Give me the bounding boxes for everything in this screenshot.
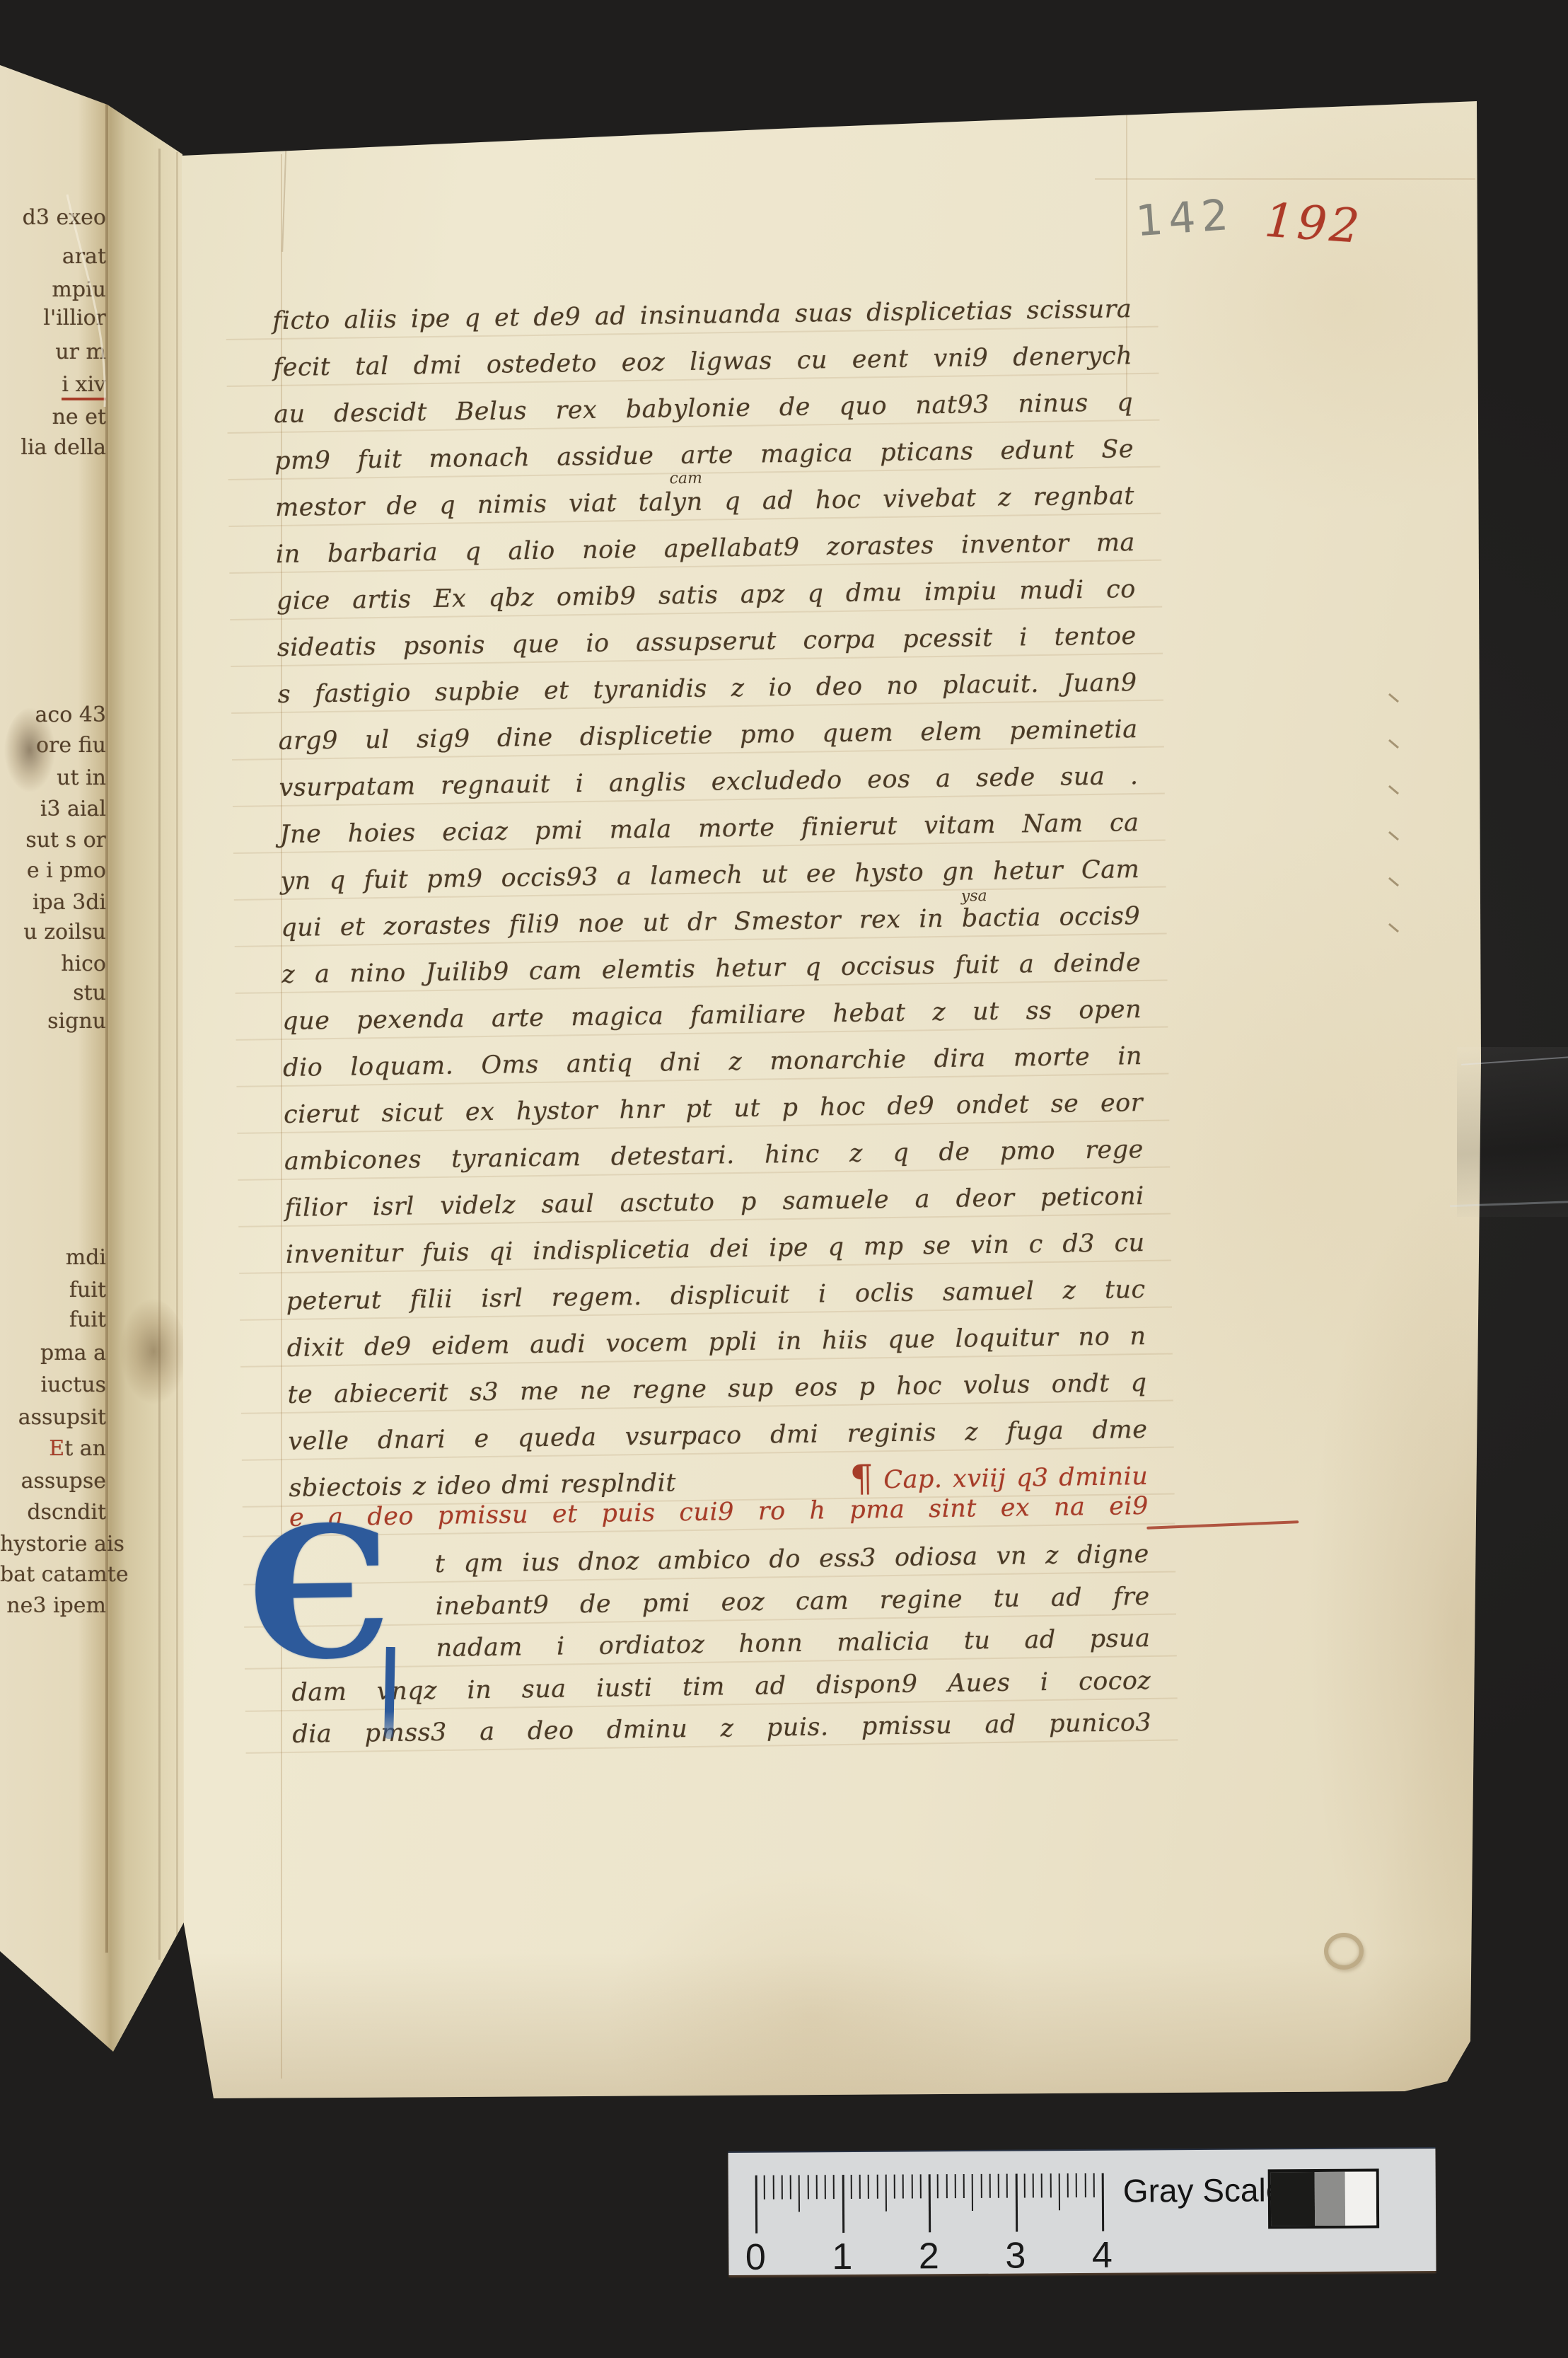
grayscale-label: Gray Scale	[1123, 2171, 1284, 2209]
manuscript-text-line: in barbaria q alio noie apellabat9 zoras…	[276, 526, 1136, 574]
ruler-number: 4	[1092, 2234, 1113, 2277]
text-block: ficto aliis ipe q et de9 ad insinuanda s…	[0, 0, 1553, 4]
margin-fragment: ur m	[0, 340, 106, 364]
manuscript-text-line: s fastigio supbie et tyranidis z io deo …	[277, 666, 1137, 715]
manuscript-text-line: t qm ius dnoz ambico do ess3 odiosa vn z…	[435, 1537, 1150, 1584]
ruler-tick	[946, 2174, 947, 2198]
grayscale-patches	[1268, 2168, 1380, 2229]
ruler-tick	[1041, 2173, 1043, 2197]
ruler-tick	[859, 2175, 861, 2199]
manuscript-text-line: dixit de9 eidem audi vocem ppli in hiis …	[286, 1319, 1146, 1368]
ruler-tick	[842, 2175, 844, 2233]
ruler-number: 3	[1005, 2234, 1026, 2277]
gutter-crease	[158, 149, 161, 1960]
manuscript-text-line: que pexenda arte magica familiare hebat …	[282, 993, 1142, 1041]
manuscript-text-line: nadam i ordiatoz honn malicia tu ad psua	[436, 1622, 1151, 1668]
ruler-tick	[1058, 2173, 1059, 2210]
margin-fragment: ipa 3di	[0, 890, 106, 915]
ruler-number: 1	[832, 2236, 852, 2278]
ruler-tick	[894, 2175, 895, 2199]
ruler-number: 0	[745, 2236, 766, 2279]
ruler-tick	[815, 2175, 817, 2199]
ruler-tick	[755, 2175, 758, 2233]
manuscript-text-line: dam vnqz in sua iusti tim ad dispon9 Aue…	[291, 1663, 1151, 1712]
margin-fragment: d3 exeo	[0, 205, 106, 230]
margin-fragment: ne3 ipem	[0, 1593, 106, 1618]
manuscript-text-line: arg9 ul sig9 dine displicetie pmo quem e…	[278, 712, 1138, 761]
ruler-tick	[1033, 2173, 1034, 2197]
gutter-crease	[176, 152, 178, 1970]
manuscript-text-line: yn q fuit pm9 occis93 a lamech ut ee hys…	[280, 853, 1140, 901]
ruler-tick	[833, 2175, 835, 2199]
ruler-tick	[998, 2174, 999, 2198]
ruler-tick	[850, 2175, 852, 2199]
margin-fragment: bat catamte	[0, 1562, 106, 1587]
page-weight-strip	[1457, 1047, 1568, 1217]
patch-gray	[1315, 2172, 1345, 2226]
margin-fragment: Et an	[0, 1436, 106, 1461]
margin-fragment: l'illior	[0, 306, 106, 330]
ruler-tick	[868, 2175, 869, 2199]
ruler-tick	[919, 2174, 921, 2198]
manuscript-text-line: peterut filii isrl regem. displicuit i o…	[286, 1273, 1146, 1322]
manuscript-text-line: au descidt Belus rex babylonie de quo na…	[274, 386, 1134, 434]
ruler-numbers: 01234	[728, 2149, 1435, 2153]
margin-fragment: u zoilsu	[0, 920, 106, 944]
ruler-tick	[1015, 2174, 1018, 2232]
ruler-tick	[911, 2174, 912, 2198]
ruler-tick	[885, 2175, 886, 2212]
ruler-tick	[902, 2175, 904, 2199]
margin-fragment: e i pmo	[0, 858, 106, 883]
ruler-tick	[876, 2175, 878, 2199]
interlinear-gloss: cam	[669, 470, 702, 488]
ruler-tick	[929, 2174, 931, 2232]
ruler-tick	[1076, 2173, 1077, 2197]
rubric-flourish	[1146, 1520, 1299, 1530]
photograph-frame: d3 exeoaratmpiul'illiorur mi xivne etlia…	[0, 0, 1568, 2358]
manuscript-text-line: z a nino Juilib9 cam elemtis hetur q occ…	[281, 946, 1142, 995]
ruler-tick	[989, 2174, 990, 2198]
ruler-tick	[790, 2175, 791, 2200]
initial-descender	[384, 1647, 395, 1739]
margin-fragment: hystorie ais	[0, 1532, 106, 1556]
ruler-tick	[781, 2175, 782, 2200]
ruler-tick	[954, 2174, 956, 2198]
ruler-tick	[1023, 2173, 1025, 2197]
grayscale-card: 01234 Gray Scale	[728, 2149, 1436, 2275]
interlinear-gloss: ysa	[961, 887, 987, 906]
ruler-tick	[937, 2174, 939, 2198]
facing-page-edge: d3 exeoaratmpiul'illiorur mi xivne etlia…	[0, 0, 187, 2122]
margin-fragment: fuit	[0, 1307, 106, 1332]
margin-fragment: signu	[0, 1009, 106, 1034]
margin-fragment: assupse	[0, 1469, 106, 1493]
margin-fragment: assupsit	[0, 1405, 106, 1430]
margin-fragment: pma a	[0, 1341, 106, 1365]
ruler-tick	[1006, 2174, 1008, 2198]
manuscript-text-line: invenitur fuis qi indisplicetia dei ipe …	[285, 1226, 1145, 1275]
manuscript-text-line: inebant9 de pmi eoz cam regine tu ad fre	[435, 1579, 1150, 1626]
manuscript-text-line: dio loquam. Oms antiq dni z monarchie di…	[283, 1039, 1143, 1088]
margin-fragment: lia della	[0, 435, 106, 460]
margin-fragment: stu	[0, 981, 106, 1005]
manuscript-text-line: vsurpatam regnauit i anglis excludedo eo…	[279, 759, 1139, 808]
ruler-tick	[825, 2175, 826, 2199]
ruler-tick	[1084, 2173, 1086, 2197]
ruler	[728, 2149, 1435, 2153]
text-area: ficto aliis ipe q et de9 ad insinuanda s…	[0, 0, 1568, 2126]
vellum-flaw-ring	[1324, 1933, 1364, 1970]
ruler-tick	[798, 2175, 800, 2212]
ruler-tick	[807, 2175, 808, 2199]
margin-fragment: mpiu	[0, 277, 106, 302]
margin-fragment: mdi	[0, 1245, 106, 1270]
patch-black	[1271, 2172, 1316, 2226]
manuscript-text-line: ficto aliis ipe q et de9 ad insinuanda s…	[272, 292, 1132, 341]
ruler-tick	[963, 2174, 965, 2198]
ruler-tick	[772, 2175, 774, 2200]
manuscript-text-line: sideatis psonis que io assupserut corpa …	[277, 619, 1137, 668]
interlinear-glosses: camysa	[0, 0, 1553, 4]
manuscript-text-line: qui et zorastes fili9 noe ut dr Smestor …	[281, 899, 1141, 948]
margin-fragment: arat	[0, 244, 106, 269]
margin-fragment: dscndit	[0, 1500, 106, 1525]
parchment-hole	[4, 707, 55, 792]
manuscript-text-line: filior isrl videlz saul asctuto p samuel…	[285, 1179, 1145, 1228]
ruler-tick	[1093, 2173, 1094, 2197]
ruler-tick	[972, 2174, 973, 2211]
manuscript-page: 142 192 ficto aliis ipe q et de9 ad insi…	[0, 0, 1568, 2122]
margin-fragment: iuctus	[0, 1372, 106, 1397]
manuscript-text-line: te abiecerit s3 me ne regne sup eos p ho…	[287, 1366, 1147, 1415]
manuscript-text-line: gice artis Ex qbz omib9 satis apz q dmu …	[277, 572, 1137, 621]
ruler-tick	[764, 2175, 765, 2200]
page-cut-edge	[105, 99, 108, 1953]
ruler-tick	[1050, 2173, 1051, 2197]
manuscript-text-line: velle dnari e queda vsurpaco dmi reginis…	[288, 1413, 1148, 1462]
illuminated-initial-E: Є	[247, 1532, 408, 1665]
ruler-number: 2	[919, 2235, 939, 2277]
manuscript-text-line: Jne hoies eciaz pmi mala morte finierut …	[279, 806, 1139, 855]
initial-glyph: Є	[246, 1487, 393, 1701]
manuscript-text-line: pm9 fuit monach assidue arte magica ptic…	[274, 432, 1134, 481]
margin-fragment: fuit	[0, 1278, 106, 1302]
ruling-lines	[0, 0, 1553, 4]
manuscript-text-line: ambicones tyranicam detestari. hinc z q …	[284, 1133, 1144, 1181]
patch-white	[1345, 2171, 1376, 2225]
ruler-tick	[1102, 2173, 1105, 2231]
margin-fragment: hico	[0, 952, 106, 976]
margin-fragment: i xiv	[0, 372, 106, 397]
ruler-tick	[980, 2174, 982, 2198]
manuscript-text-line: dia pmss3 a deo dminu z puis. pmissu ad …	[292, 1706, 1152, 1755]
manuscript-text-line: fecit tal dmi ostedeto eoz ligwas cu een…	[273, 339, 1133, 388]
ruler-tick	[1067, 2173, 1069, 2197]
margin-fragment: i3 aial	[0, 797, 106, 821]
margin-fragment: ne et	[0, 405, 106, 429]
manuscript-text-line: mestor de q nimis viat talyn q ad hoc vi…	[275, 479, 1135, 528]
manuscript-text-line: cierut sicut ex hystor hnr pt ut p hoc d…	[284, 1086, 1144, 1135]
margin-fragment: sut s or	[0, 828, 106, 853]
